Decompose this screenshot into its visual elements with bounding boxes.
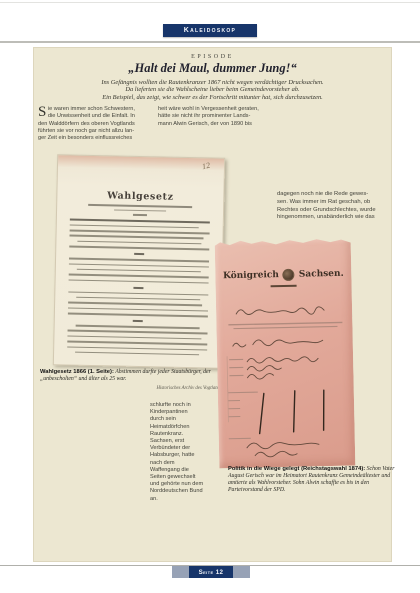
section-ornament <box>133 214 147 216</box>
column-line: Norddeutschen Bund <box>150 488 230 495</box>
handwritten-page-number: 12 <box>201 161 211 172</box>
article-column-1: S ie waren immer schon Schwestern, die U… <box>38 106 145 142</box>
header-rule <box>0 41 420 43</box>
column-line: Sachsen, erst <box>150 438 230 445</box>
episode-title: „Halt dei Maul, dummer Jung!“ <box>33 61 392 76</box>
article-column-4: schlurfte noch in Kinderpantinen durch s… <box>150 402 230 503</box>
column-line: dagegen noch nie die Rede gewes- <box>277 191 396 199</box>
document-subtitle-line <box>88 204 192 208</box>
column-line: hingenommen, unabänderlich wie das <box>277 214 396 222</box>
column-line: an. <box>150 496 230 503</box>
column-line: nach dem <box>150 460 230 467</box>
column-line: hätte sie nicht ihr prominenter Lands- <box>158 113 265 120</box>
handwriting-decoration <box>216 300 355 465</box>
tally-strokes <box>259 390 325 433</box>
article-column-3: dagegen noch nie die Rede gewes- sen. Wa… <box>277 191 396 222</box>
column-line: Kinderpantinen <box>150 409 230 416</box>
document-date-line <box>114 209 166 211</box>
deck-line: Ins Gefängnis wollten die Rautenkranzer … <box>33 79 392 86</box>
page-number-box: Seite 12 <box>189 566 233 578</box>
column-line: Waffengang die <box>150 467 230 474</box>
caption-wahlgesetz: Wahlgesetz 1866 (1. Seite): Abstimmen du… <box>40 369 240 392</box>
column-line: Heimatdörfchen <box>150 424 230 431</box>
caption-lead: Politik in die Wiege gelegt (Reichstagsw… <box>228 466 365 472</box>
document-header: Königreich Sachsen. <box>215 268 351 283</box>
column-line: ger Zeit ein besonders einflussreiches <box>38 135 145 142</box>
column-line: Habsburger, hatte <box>150 452 230 459</box>
caption-reichstagswahl: Politik in die Wiege gelegt (Reichstagsw… <box>228 466 396 494</box>
dropcap: S <box>38 106 46 119</box>
document-title: Wahlgesetz <box>57 189 223 203</box>
column-line: führten sie vor noch gar nicht allzu lan… <box>38 128 145 135</box>
column-line: ie waren immer schon Schwestern, <box>38 106 145 113</box>
document-header-left: Königreich <box>223 270 279 281</box>
caption-lead: Wahlgesetz 1866 (1. Seite): <box>40 369 114 375</box>
column-line: mann Alwin Gerisch, der von 1890 bis <box>158 121 265 128</box>
column-line: durch sein <box>150 416 230 423</box>
episode-eyebrow: EPISODE <box>33 54 392 60</box>
episode-deck: Ins Gefängnis wollten die Rautenkranzer … <box>33 79 392 101</box>
column-line: den Walddörfern des oberen Vogtlands <box>38 121 145 128</box>
masthead-bar: Kaleidoskop <box>163 24 257 37</box>
deck-line: Ein Beispiel, das zeigt, wie schwer es d… <box>33 94 392 101</box>
column-line: Rautenkranz. <box>150 431 230 438</box>
column-line: sen. Was immer im Rat geschah, ob <box>277 199 396 207</box>
column-line: Verbündeter der <box>150 445 230 452</box>
photo-credit: Historisches Archiv des Vogtlandkreises … <box>40 385 240 392</box>
royal-seal-icon <box>283 269 295 281</box>
column-line: Rechtes oder Grundschlechtes, wurde <box>277 207 396 215</box>
page-top-edge <box>0 2 420 3</box>
document-koenigreich-sachsen: Königreich Sachsen. <box>215 238 356 469</box>
header-flourish <box>271 285 297 287</box>
deck-line: Da lieferten sie die Wahlscheine lieber … <box>33 86 392 93</box>
article-column-2: heit wäre wohl in Vergessenheit geraten,… <box>158 106 265 128</box>
column-line: die Unwissenheit und die Einfalt. In <box>38 113 145 120</box>
document-header-right: Sachsen. <box>299 269 344 280</box>
column-line: Seiten gewechselt <box>150 474 230 481</box>
column-line: schlurfte noch in <box>150 402 230 409</box>
column-line: und gehörte nun dem <box>150 481 230 488</box>
column-line: heit wäre wohl in Vergessenheit geraten, <box>158 106 265 113</box>
masthead-title: Kaleidoskop <box>184 27 236 34</box>
footer-band: Seite 12 <box>172 566 250 578</box>
print-text-lines <box>54 218 223 356</box>
document-wahlgesetz: 12 Wahlgesetz <box>53 154 225 368</box>
page-number-label: Seite 12 <box>199 569 224 576</box>
